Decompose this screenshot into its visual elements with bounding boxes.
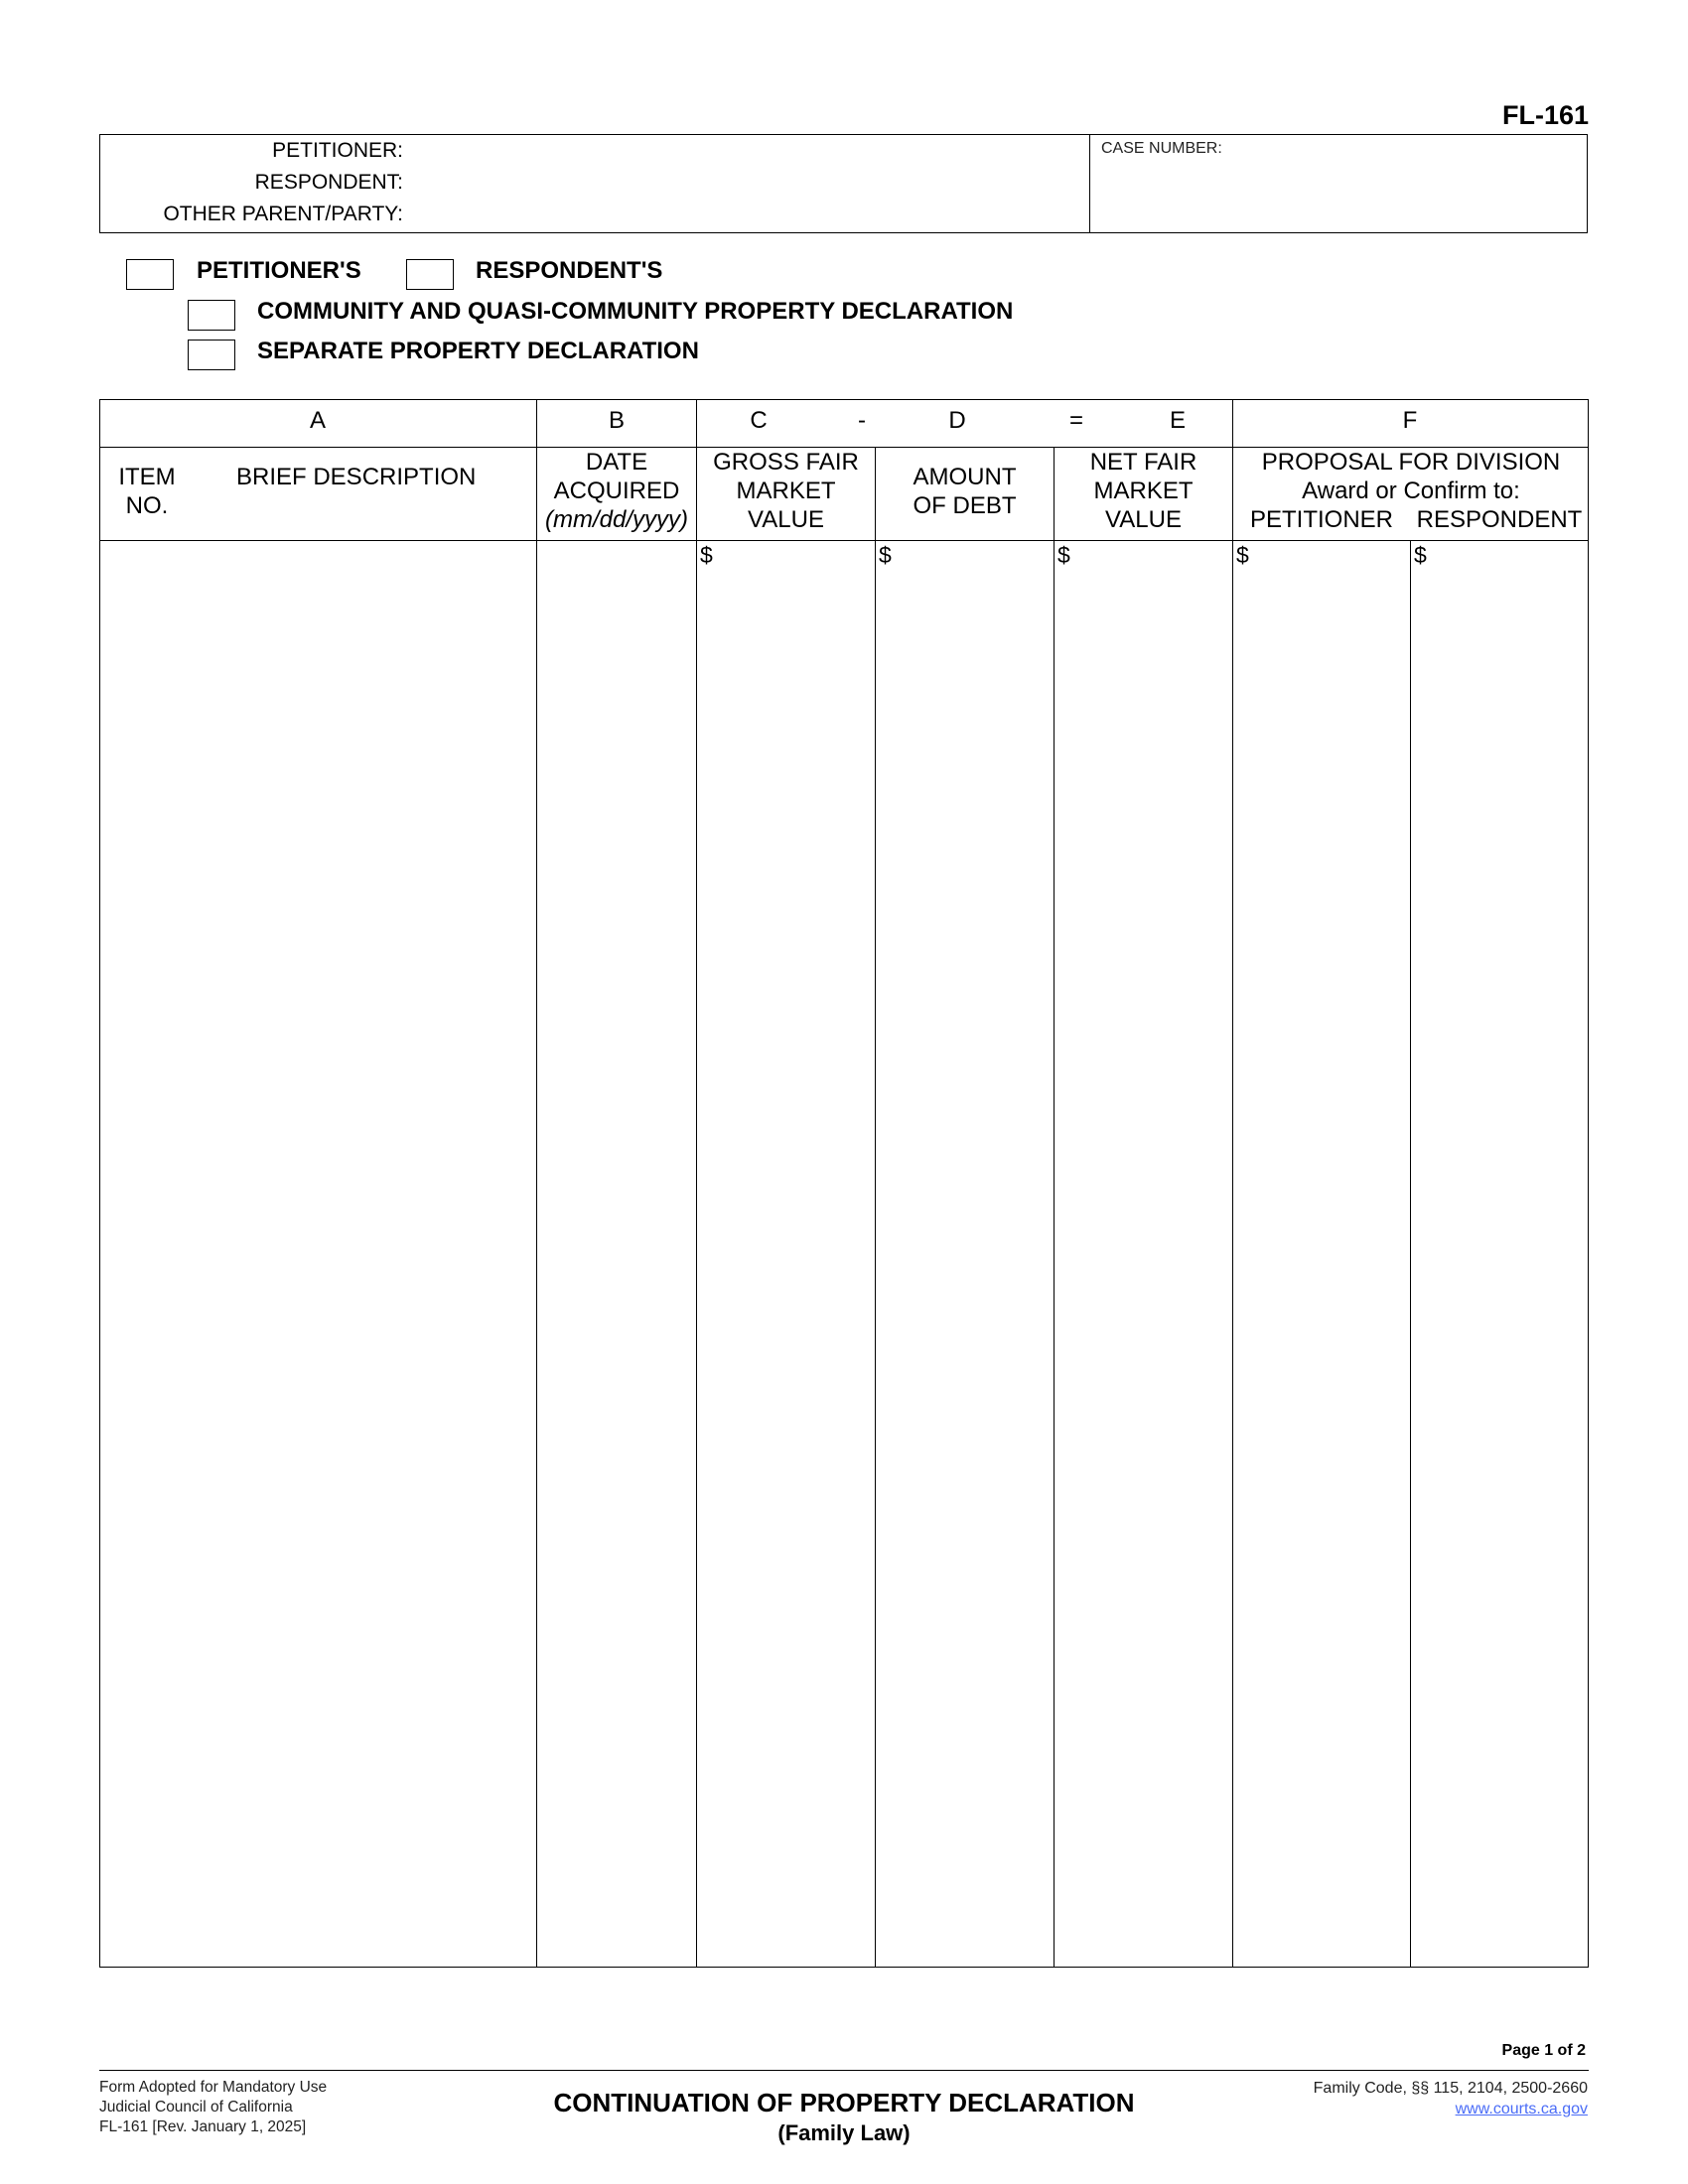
footer-rule [99, 2070, 1589, 2071]
header-debt-line1: AMOUNT [876, 463, 1054, 491]
other-party-label: OTHER PARENT/PARTY: [85, 203, 403, 226]
header-date-line2: ACQUIRED [537, 477, 696, 505]
petitioner-award-column-input[interactable] [1251, 621, 1411, 1968]
dollar-sign-debt: $ [879, 542, 892, 569]
case-number-field[interactable] [1092, 164, 1588, 231]
debt-column-input[interactable] [894, 621, 1055, 1968]
header-gross-line3: VALUE [697, 505, 875, 534]
form-subtitle: (Family Law) [0, 2120, 1688, 2146]
caption-divider [1089, 134, 1090, 233]
header-net-line3: VALUE [1055, 505, 1232, 534]
respondents-checkbox[interactable] [406, 259, 454, 290]
other-party-field[interactable] [411, 201, 1086, 230]
page-number: Page 1 of 2 [1502, 2042, 1586, 2060]
case-number-label: CASE NUMBER: [1101, 140, 1222, 158]
petitioners-label: PETITIONER'S [197, 257, 361, 285]
dollar-sign-petitioner: $ [1236, 542, 1249, 569]
dollar-sign-respondent: $ [1414, 542, 1427, 569]
col-letter-f: F [1403, 407, 1418, 435]
header-date-acquired: DATE ACQUIRED (mm/dd/yyyy) [537, 448, 696, 534]
form-id: FL-161 [1502, 100, 1589, 131]
header-amount-of-debt: AMOUNT OF DEBT [876, 463, 1054, 520]
footer-legal-reference: Family Code, §§ 115, 2104, 2500-2660 www… [1314, 2078, 1588, 2119]
col-divider-a-b [536, 399, 537, 1968]
separate-property-label: SEPARATE PROPERTY DECLARATION [257, 338, 699, 365]
header-date-line1: DATE [537, 448, 696, 477]
header-net-line2: MARKET [1055, 477, 1232, 505]
header-proposal-line2: Award or Confirm to: [1233, 477, 1589, 505]
community-property-label: COMMUNITY AND QUASI-COMMUNITY PROPERTY D… [257, 298, 1013, 326]
petitioners-checkbox[interactable] [126, 259, 174, 290]
header-item-line2: NO. [107, 491, 187, 520]
dollar-sign-gross: $ [700, 542, 713, 569]
respondent-field[interactable] [411, 169, 1086, 199]
header-debt-line2: OF DEBT [876, 491, 1054, 520]
header-gross-line2: MARKET [697, 477, 875, 505]
respondents-label: RESPONDENT'S [476, 257, 662, 285]
respondent-label: RESPONDENT: [85, 171, 403, 195]
header-net-fair-market-value: NET FAIR MARKET VALUE [1055, 448, 1232, 534]
dollar-sign-net: $ [1057, 542, 1070, 569]
col-letter-d: D [948, 407, 965, 435]
col-letter-b: B [609, 407, 625, 435]
header-petitioner: PETITIONER [1234, 505, 1409, 534]
col-letter-a: A [310, 407, 326, 435]
date-column-input[interactable] [540, 544, 697, 1968]
separate-property-checkbox[interactable] [188, 340, 235, 370]
header-respondent: RESPONDENT [1411, 505, 1588, 534]
header-net-line1: NET FAIR [1055, 448, 1232, 477]
col-letter-c: C [750, 407, 767, 435]
col-letter-e: E [1170, 407, 1186, 435]
header-item-no: ITEM NO. [107, 463, 187, 520]
header-proposal-for-division: PROPOSAL FOR DIVISION Award or Confirm t… [1233, 448, 1589, 505]
net-value-column-input[interactable] [1072, 621, 1233, 1968]
table-divider-headers [99, 540, 1589, 541]
footer-family-code: Family Code, §§ 115, 2104, 2500-2660 [1314, 2078, 1588, 2099]
header-brief-description: BRIEF DESCRIPTION [236, 463, 494, 491]
petitioner-label: PETITIONER: [85, 139, 403, 163]
header-gross-fair-market-value: GROSS FAIR MARKET VALUE [697, 448, 875, 534]
header-gross-line1: GROSS FAIR [697, 448, 875, 477]
respondent-award-column-input[interactable] [1429, 621, 1590, 1968]
equals-sign: = [1069, 407, 1083, 435]
petitioner-field[interactable] [411, 137, 1086, 167]
minus-sign: - [858, 407, 866, 435]
community-property-checkbox[interactable] [188, 300, 235, 331]
description-column-input[interactable] [103, 544, 536, 1968]
courts-website-link[interactable]: www.courts.ca.gov [1456, 2101, 1588, 2117]
header-proposal-line1: PROPOSAL FOR DIVISION [1233, 448, 1589, 477]
header-item-line1: ITEM [107, 463, 187, 491]
gross-value-column-input[interactable] [715, 621, 876, 1968]
header-date-format: (mm/dd/yyyy) [537, 505, 696, 534]
